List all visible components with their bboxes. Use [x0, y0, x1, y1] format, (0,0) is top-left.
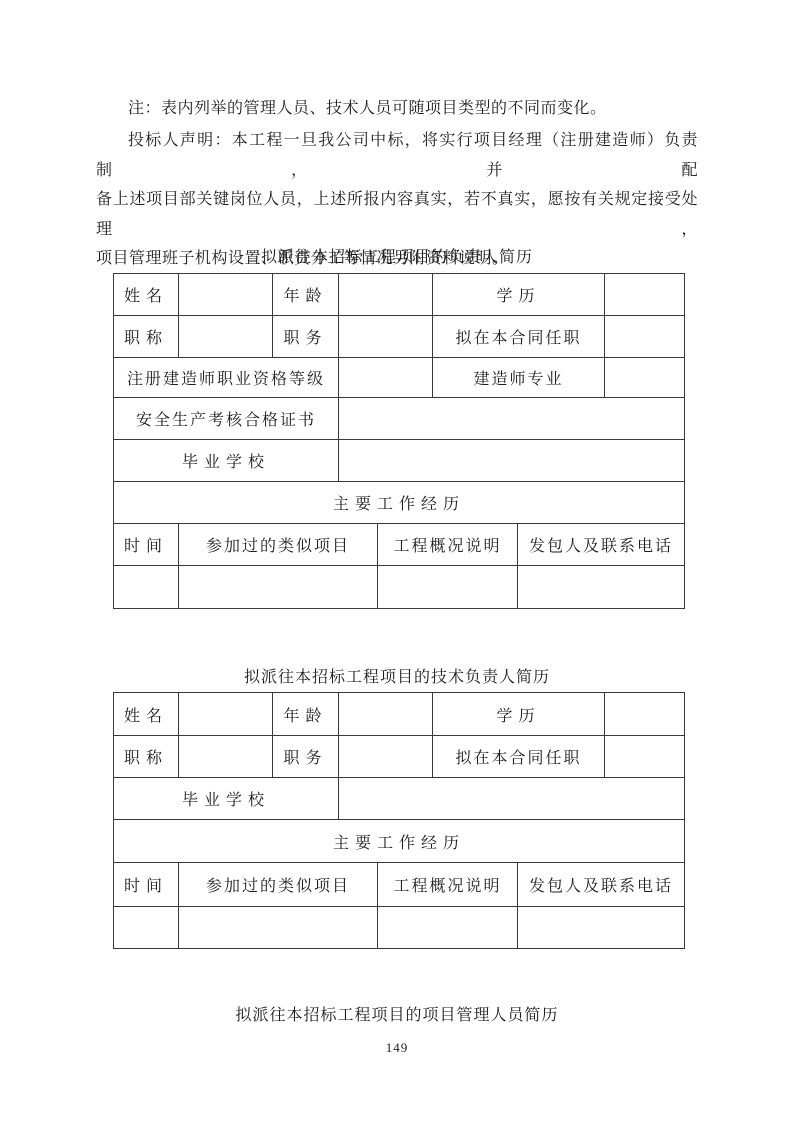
professional-title-value-cell [179, 316, 273, 358]
leader-resume-table: 姓名 年龄 学历 职称 职务 拟在本合同任职 注册建造师职业资格等级 [113, 273, 685, 609]
experience-col-overview: 工程概况说明 [378, 863, 518, 907]
experience-overview-cell [378, 907, 518, 949]
proposed-contract-post-label: 拟在本合同任职 [433, 736, 605, 778]
experience-overview-cell [378, 566, 518, 609]
safety-certificate-label: 安全生产考核合格证书 [114, 398, 339, 440]
experience-col-employer: 发包人及联系电话 [518, 863, 685, 907]
education-label: 学历 [433, 274, 605, 316]
table-row: 安全生产考核合格证书 [114, 398, 685, 440]
table-row: 注册建造师职业资格等级 建造师专业 [114, 358, 685, 398]
experience-header-row: 时间 参加过的类似项目 工程概况说明 发包人及联系电话 [114, 863, 685, 907]
experience-time-cell [114, 566, 179, 609]
table-row: 姓名 年龄 学历 [114, 693, 685, 736]
education-label: 学历 [433, 693, 605, 736]
position-value-cell [339, 736, 433, 778]
table-row: 毕业学校 [114, 778, 685, 820]
table-row: 主要工作经历 [114, 482, 685, 524]
work-experience-header: 主要工作经历 [114, 482, 685, 524]
safety-certificate-value-cell [339, 398, 685, 440]
table-row: 职称 职务 拟在本合同任职 [114, 316, 685, 358]
declaration-line: 备上述项目部关键岗位人员，上述所报内容真实，若不真实，愿按有关规定接受处理， [96, 185, 698, 244]
experience-col-time: 时间 [114, 524, 179, 566]
professional-title-label: 职称 [114, 736, 179, 778]
graduate-school-value-cell [339, 778, 685, 820]
tech-leader-resume-title: 拟派往本招标工程项目的技术负责人简历 [0, 664, 794, 687]
proposed-contract-post-label: 拟在本合同任职 [433, 316, 605, 358]
experience-col-time: 时间 [114, 863, 179, 907]
experience-similar-projects-cell [179, 566, 378, 609]
experience-empty-row [114, 566, 685, 609]
registered-constructor-level-label: 注册建造师职业资格等级 [114, 358, 339, 398]
table-row: 职称 职务 拟在本合同任职 [114, 736, 685, 778]
experience-col-employer: 发包人及联系电话 [518, 524, 685, 566]
experience-time-cell [114, 907, 179, 949]
graduate-school-label: 毕业学校 [114, 440, 339, 482]
position-label: 职务 [273, 316, 339, 358]
constructor-specialty-label: 建造师专业 [433, 358, 605, 398]
position-label: 职务 [273, 736, 339, 778]
age-label: 年龄 [273, 693, 339, 736]
note-paragraph: 注：表内列举的管理人员、技术人员可随项目类型的不同而变化。 [96, 99, 698, 119]
experience-col-similar-projects: 参加过的类似项目 [179, 524, 378, 566]
professional-title-value-cell [179, 736, 273, 778]
position-value-cell [339, 316, 433, 358]
name-value-cell [179, 693, 273, 736]
experience-employer-cell [518, 566, 685, 609]
graduate-school-label: 毕业学校 [114, 778, 339, 820]
name-value-cell [179, 274, 273, 316]
table-row: 毕业学校 [114, 440, 685, 482]
proposed-contract-post-value-cell [605, 316, 685, 358]
name-label: 姓名 [114, 693, 179, 736]
manager-resume-title: 拟派往本招标工程项目的项目管理人员简历 [0, 1002, 794, 1025]
experience-similar-projects-cell [179, 907, 378, 949]
document-page: 注：表内列举的管理人员、技术人员可随项目类型的不同而变化。 投标人声明：本工程一… [0, 0, 794, 1122]
age-label: 年龄 [273, 274, 339, 316]
professional-title-label: 职称 [114, 316, 179, 358]
work-experience-header: 主要工作经历 [114, 820, 685, 863]
table-row: 姓名 年龄 学历 [114, 274, 685, 316]
experience-col-overview: 工程概况说明 [378, 524, 518, 566]
age-value-cell [339, 693, 433, 736]
table-row: 主要工作经历 [114, 820, 685, 863]
experience-col-similar-projects: 参加过的类似项目 [179, 863, 378, 907]
experience-employer-cell [518, 907, 685, 949]
proposed-contract-post-value-cell [605, 736, 685, 778]
name-label: 姓名 [114, 274, 179, 316]
leader-resume-title: 拟派往本招标工程项目的负责人简历 [0, 244, 794, 267]
constructor-specialty-value-cell [605, 358, 685, 398]
registered-constructor-level-value-cell [339, 358, 433, 398]
page-number: 149 [0, 1040, 794, 1056]
graduate-school-value-cell [339, 440, 685, 482]
experience-header-row: 时间 参加过的类似项目 工程概况说明 发包人及联系电话 [114, 524, 685, 566]
age-value-cell [339, 274, 433, 316]
education-value-cell [605, 693, 685, 736]
experience-empty-row [114, 907, 685, 949]
education-value-cell [605, 274, 685, 316]
declaration-line: 投标人声明：本工程一旦我公司中标，将实行项目经理（注册建造师）负责制，并配 [96, 126, 698, 185]
tech-leader-resume-table: 姓名 年龄 学历 职称 职务 拟在本合同任职 毕业学校 [113, 692, 685, 949]
